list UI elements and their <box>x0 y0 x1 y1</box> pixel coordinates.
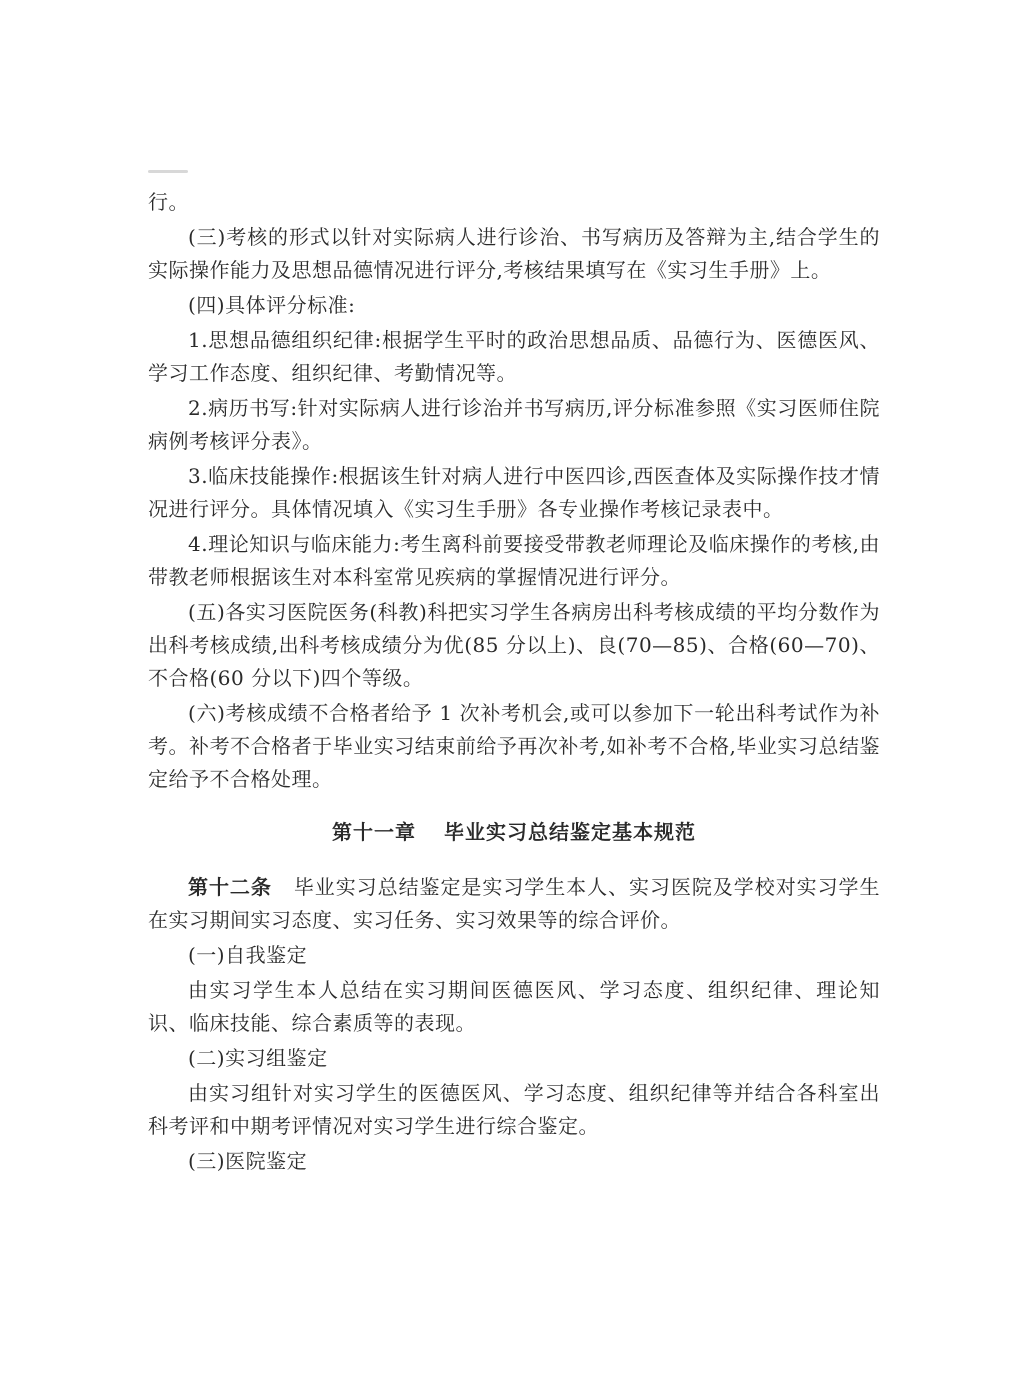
section-1-body: 由实习学生本人总结在实习期间医德医风、学习态度、组织纪律、理论知识、临床技能、综… <box>148 974 880 1040</box>
paragraph-4-scoring-criteria: (四)具体评分标准: <box>148 289 880 322</box>
paragraph-5-grading: (五)各实习医院医务(科教)科把实习学生各病房出科考核成绩的平均分数作为出科考核… <box>148 596 880 695</box>
article-label: 第十二条 <box>188 875 272 899</box>
criterion-4-theory-knowledge: 4.理论知识与临床能力:考生离科前要接受带教老师理论及临床操作的考核,由带教老师… <box>148 528 880 594</box>
section-2-body: 由实习组针对实习学生的医德医风、学习态度、组织纪律等并结合各科室出科考评和中期考… <box>148 1077 880 1143</box>
section-3-hospital-assessment: (三)医院鉴定 <box>148 1145 880 1178</box>
paragraph-6-retake: (六)考核成绩不合格者给予 1 次补考机会,或可以参加下一轮出科考试作为补考。补… <box>148 697 880 796</box>
section-1-self-assessment: (一)自我鉴定 <box>148 939 880 972</box>
criterion-3-clinical-skills: 3.临床技能操作:根据该生针对病人进行中医四诊,西医查体及实际操作技才情况进行评… <box>148 460 880 526</box>
scan-mark <box>148 170 188 173</box>
chapter-title: 毕业实习总结鉴定基本规范 <box>444 820 696 844</box>
continuation-text: 行。 <box>148 186 880 219</box>
chapter-number: 第十一章 <box>332 820 416 844</box>
criterion-2-medical-records: 2.病历书写:针对实际病人进行诊治并书写病历,评分标准参照《实习医师住院病例考核… <box>148 392 880 458</box>
article-12: 第十二条毕业实习总结鉴定是实习学生本人、实习医院及学校对实习学生在实习期间实习态… <box>148 871 880 937</box>
document-page: 行。 (三)考核的形式以针对实际病人进行诊治、书写病历及答辩为主,结合学生的实际… <box>148 186 880 1180</box>
chapter-heading: 第十一章毕业实习总结鉴定基本规范 <box>148 816 880 849</box>
section-2-group-assessment: (二)实习组鉴定 <box>148 1042 880 1075</box>
criterion-1-conduct: 1.思想品德组织纪律:根据学生平时的政治思想品质、品德行为、医德医风、学习工作态… <box>148 324 880 390</box>
paragraph-3-exam-form: (三)考核的形式以针对实际病人进行诊治、书写病历及答辩为主,结合学生的实际操作能… <box>148 221 880 287</box>
